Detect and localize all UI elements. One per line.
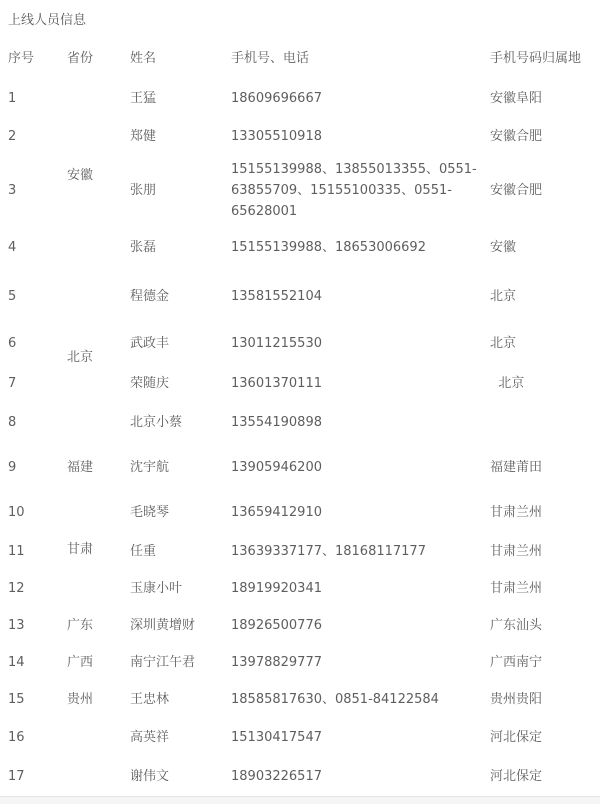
footer-strip	[0, 796, 600, 804]
location-cell: 北京	[490, 322, 600, 365]
phones-cell: 13659412910	[231, 491, 490, 533]
row-number-cell: 15	[0, 680, 67, 718]
phones-cell: 13554190898	[231, 402, 490, 443]
col-header-number: 序号	[0, 36, 67, 80]
location-cell: 北京	[490, 365, 600, 402]
row-number-cell: 16	[0, 718, 67, 756]
name-cell: 南宁江午君	[130, 644, 231, 680]
personnel-table: 序号 省份 姓名 手机号、电话 手机号码归属地 1安徽王猛18609696667…	[0, 36, 600, 796]
table-row: 10甘肃毛晓琴13659412910甘肃兰州	[0, 491, 600, 533]
phones-cell: 13581552104	[231, 271, 490, 322]
row-number-cell: 5	[0, 271, 67, 322]
location-cell: 安徽合肥	[490, 156, 600, 224]
name-cell: 张磊	[130, 224, 231, 271]
row-number-cell: 6	[0, 322, 67, 365]
location-cell: 广东汕头	[490, 607, 600, 644]
phones-cell: 18926500776	[231, 607, 490, 644]
province-cell: 安徽	[67, 80, 130, 271]
name-cell: 程德金	[130, 271, 231, 322]
phones-cell: 13639337177、18168117177	[231, 533, 490, 569]
name-cell: 毛晓琴	[130, 491, 231, 533]
location-cell: 北京	[490, 271, 600, 322]
location-cell: 安徽	[490, 224, 600, 271]
province-cell: 福建	[67, 443, 130, 491]
location-cell: 河北保定	[490, 718, 600, 756]
phones-cell: 13978829777	[231, 644, 490, 680]
location-cell: 甘肃兰州	[490, 491, 600, 533]
location-cell: 广西南宁	[490, 644, 600, 680]
name-cell: 郑健	[130, 116, 231, 156]
row-number-cell: 17	[0, 756, 67, 796]
name-cell: 谢伟文	[130, 756, 231, 796]
name-cell: 沈宇航	[130, 443, 231, 491]
province-cell: 广东	[67, 607, 130, 644]
table-row: 14广西南宁江午君13978829777广西南宁	[0, 644, 600, 680]
province-cell: 甘肃	[67, 491, 130, 607]
phones-cell: 13905946200	[231, 443, 490, 491]
table-row: 13广东深圳黄增财18926500776广东汕头	[0, 607, 600, 644]
row-number-cell: 9	[0, 443, 67, 491]
name-cell: 高英祥	[130, 718, 231, 756]
province-cell: 广西	[67, 644, 130, 680]
row-number-cell: 2	[0, 116, 67, 156]
phones-cell: 15155139988、18653006692	[231, 224, 490, 271]
phones-cell: 15155139988、13855013355、0551-63855709、15…	[231, 156, 490, 224]
table-body: 1安徽王猛18609696667安徽阜阳2郑健13305510918安徽合肥3张…	[0, 80, 600, 796]
table-row: 16高英祥15130417547河北保定	[0, 718, 600, 756]
row-number-cell: 11	[0, 533, 67, 569]
row-number-cell: 4	[0, 224, 67, 271]
table-row: 1安徽王猛18609696667安徽阜阳	[0, 80, 600, 116]
location-cell: 安徽合肥	[490, 116, 600, 156]
col-header-phones: 手机号、电话	[231, 36, 490, 80]
location-cell: 贵州贵阳	[490, 680, 600, 718]
row-number-cell: 13	[0, 607, 67, 644]
name-cell: 王忠林	[130, 680, 231, 718]
location-cell: 安徽阜阳	[490, 80, 600, 116]
name-cell: 武政丰	[130, 322, 231, 365]
name-cell: 王猛	[130, 80, 231, 116]
name-cell: 北京小蔡	[130, 402, 231, 443]
table-row: 15贵州王忠林18585817630、0851-84122584贵州贵阳	[0, 680, 600, 718]
location-cell	[490, 402, 600, 443]
row-number-cell: 12	[0, 569, 67, 607]
page-title: 上线人员信息	[0, 0, 600, 36]
phones-cell: 18903226517	[231, 756, 490, 796]
table-row: 5北京程德金13581552104北京	[0, 271, 600, 322]
row-number-cell: 14	[0, 644, 67, 680]
phones-cell: 15130417547	[231, 718, 490, 756]
province-cell: 北京	[67, 271, 130, 443]
col-header-province: 省份	[67, 36, 130, 80]
province-cell	[67, 718, 130, 796]
row-number-cell: 3	[0, 156, 67, 224]
phones-cell: 13011215530	[231, 322, 490, 365]
table-header-row: 序号 省份 姓名 手机号、电话 手机号码归属地	[0, 36, 600, 80]
phones-cell: 18585817630、0851-84122584	[231, 680, 490, 718]
province-cell: 贵州	[67, 680, 130, 718]
col-header-name: 姓名	[130, 36, 231, 80]
location-cell: 甘肃兰州	[490, 533, 600, 569]
name-cell: 任重	[130, 533, 231, 569]
location-cell: 福建莆田	[490, 443, 600, 491]
row-number-cell: 1	[0, 80, 67, 116]
phones-cell: 13601370111	[231, 365, 490, 402]
row-number-cell: 8	[0, 402, 67, 443]
row-number-cell: 7	[0, 365, 67, 402]
row-number-cell: 10	[0, 491, 67, 533]
name-cell: 张朋	[130, 156, 231, 224]
phones-cell: 18609696667	[231, 80, 490, 116]
table-row: 9福建沈宇航13905946200福建莆田	[0, 443, 600, 491]
name-cell: 玉康小叶	[130, 569, 231, 607]
phones-cell: 13305510918	[231, 116, 490, 156]
col-header-location: 手机号码归属地	[490, 36, 600, 80]
location-cell: 甘肃兰州	[490, 569, 600, 607]
location-cell: 河北保定	[490, 756, 600, 796]
name-cell: 荣随庆	[130, 365, 231, 402]
name-cell: 深圳黄增财	[130, 607, 231, 644]
phones-cell: 18919920341	[231, 569, 490, 607]
